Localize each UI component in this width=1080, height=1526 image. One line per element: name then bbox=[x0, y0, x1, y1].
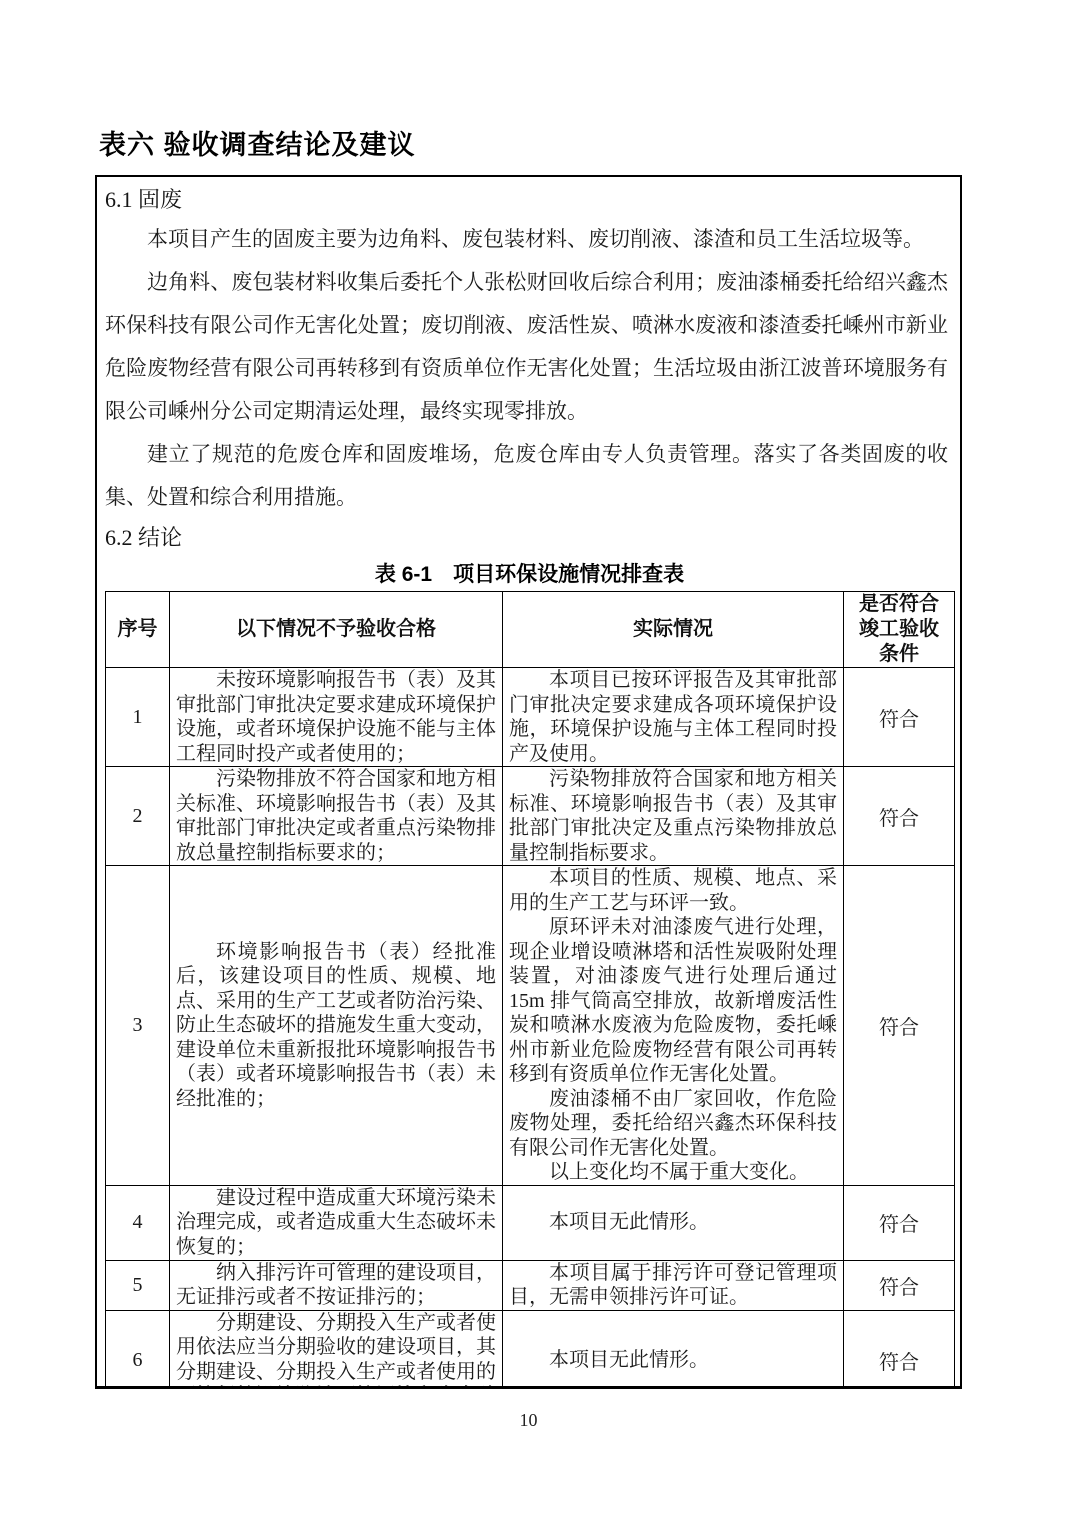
page-number: 10 bbox=[95, 1410, 962, 1431]
paragraph: 本项目属于排污许可登记管理项目，无需申领排污许可证。 bbox=[509, 1261, 837, 1310]
paragraph: 废油漆桶不由厂家回收，作危险废物处理，委托给绍兴鑫杰环保科技有限公司作无害化处置… bbox=[509, 1087, 837, 1161]
paragraph: 以上变化均不属于重大变化。 bbox=[509, 1160, 837, 1185]
table-row: 6 分期建设、分期投入生产或者使用依法应当分期验收的建设项目，其分期建设、分期投… bbox=[106, 1310, 955, 1389]
paragraph: 污染物排放不符合国家和地方相关标准、环境影响报告书（表）及其审批部门审批决定或者… bbox=[176, 767, 496, 865]
condition-cell: 建设过程中造成重大环境污染未治理完成，或者造成重大生态破坏未恢复的； bbox=[170, 1185, 503, 1260]
row-number: 1 bbox=[106, 668, 170, 767]
condition-cell: 未按环境影响报告书（表）及其审批部门审批决定要求建成环境保护设施，或者环境保护设… bbox=[170, 668, 503, 767]
condition-cell: 纳入排污许可管理的建设项目，无证排污或者不按证排污的； bbox=[170, 1260, 503, 1310]
paragraph: 建立了规范的危废仓库和固废堆场，危废仓库由专人负责管理。落实了各类固废的收集、处… bbox=[105, 433, 948, 519]
paragraph: 环境影响报告书（表）经批准后，该建设项目的性质、规模、地点、采用的生产工艺或者防… bbox=[176, 940, 496, 1112]
actual-cell: 本项目属于排污许可登记管理项目，无需申领排污许可证。 bbox=[503, 1260, 844, 1310]
actual-cell: 污染物排放符合国家和地方相关标准、环境影响报告书（表）及其审批部门审批决定及重点… bbox=[503, 767, 844, 866]
paragraph: 未按环境影响报告书（表）及其审批部门审批决定要求建成环境保护设施，或者环境保护设… bbox=[176, 668, 496, 766]
paragraph: 分期建设、分期投入生产或者使用依法应当分期验收的建设项目，其分期建设、分期投入生… bbox=[176, 1311, 496, 1390]
condition-cell: 分期建设、分期投入生产或者使用依法应当分期验收的建设项目，其分期建设、分期投入生… bbox=[170, 1310, 503, 1389]
paragraph: 原环评未对油漆废气进行处理，现企业增设喷淋塔和活性炭吸附处理装置，对油漆废气进行… bbox=[509, 915, 837, 1087]
verdict-cell: 符合 bbox=[844, 1310, 955, 1389]
section-heading-solid-waste: 6.1 固废 bbox=[105, 185, 960, 215]
paragraph: 本项目的性质、规模、地点、采用的生产工艺与环评一致。 bbox=[509, 866, 837, 915]
paragraph: 本项目无此情形。 bbox=[509, 1210, 837, 1235]
solid-waste-paragraphs: 本项目产生的固废主要为边角料、废包装材料、废切削液、漆渣和员工生活垃圾等。边角料… bbox=[105, 218, 948, 519]
row-number: 3 bbox=[106, 866, 170, 1186]
row-number: 5 bbox=[106, 1260, 170, 1310]
condition-cell: 污染物排放不符合国家和地方相关标准、环境影响报告书（表）及其审批部门审批决定或者… bbox=[170, 767, 503, 866]
verdict-cell: 符合 bbox=[844, 767, 955, 866]
page-title: 表六 验收调查结论及建议 bbox=[99, 129, 416, 161]
table-row: 1 未按环境影响报告书（表）及其审批部门审批决定要求建成环境保护设施，或者环境保… bbox=[106, 668, 955, 767]
row-number: 2 bbox=[106, 767, 170, 866]
table-header: 序号 以下情况不予验收合格 实际情况 是否符合竣工验收条件 bbox=[106, 592, 955, 668]
table-caption: 表 6-1 项目环保设施情况排查表 bbox=[105, 561, 954, 589]
document-page: { "page": { "title": "表六 验收调查结论及建议", "pa… bbox=[0, 0, 1080, 1526]
paragraph: 本项目产生的固废主要为边角料、废包装材料、废切削液、漆渣和员工生活垃圾等。 bbox=[105, 218, 948, 261]
section-heading-conclusion: 6.2 结论 bbox=[105, 523, 960, 553]
condition-cell: 环境影响报告书（表）经批准后，该建设项目的性质、规模、地点、采用的生产工艺或者防… bbox=[170, 866, 503, 1186]
row-number: 6 bbox=[106, 1310, 170, 1389]
header-row: 序号 以下情况不予验收合格 实际情况 是否符合竣工验收条件 bbox=[106, 592, 955, 668]
row-number: 4 bbox=[106, 1185, 170, 1260]
header-condition: 以下情况不予验收合格 bbox=[170, 592, 503, 668]
content-box: 6.1 固废 本项目产生的固废主要为边角料、废包装材料、废切削液、漆渣和员工生活… bbox=[95, 175, 962, 1389]
actual-cell: 本项目已按环评报告及其审批部门审批决定要求建成各项环境保护设施，环境保护设施与主… bbox=[503, 668, 844, 767]
table-row: 4 建设过程中造成重大环境污染未治理完成，或者造成重大生态破坏未恢复的； 本项目… bbox=[106, 1185, 955, 1260]
table-row: 2 污染物排放不符合国家和地方相关标准、环境影响报告书（表）及其审批部门审批决定… bbox=[106, 767, 955, 866]
header-actual: 实际情况 bbox=[503, 592, 844, 668]
paragraph: 建设过程中造成重大环境污染未治理完成，或者造成重大生态破坏未恢复的； bbox=[176, 1186, 496, 1260]
header-no: 序号 bbox=[106, 592, 170, 668]
paragraph: 纳入排污许可管理的建设项目，无证排污或者不按证排污的； bbox=[176, 1261, 496, 1310]
inspection-checklist-table: 序号 以下情况不予验收合格 实际情况 是否符合竣工验收条件 1 未按环境影响报告… bbox=[105, 591, 955, 1389]
table-row: 3 环境影响报告书（表）经批准后，该建设项目的性质、规模、地点、采用的生产工艺或… bbox=[106, 866, 955, 1186]
paragraph: 本项目已按环评报告及其审批部门审批决定要求建成各项环境保护设施，环境保护设施与主… bbox=[509, 668, 837, 766]
paragraph: 本项目无此情形。 bbox=[509, 1348, 837, 1373]
actual-cell: 本项目无此情形。 bbox=[503, 1310, 844, 1389]
verdict-cell: 符合 bbox=[844, 866, 955, 1186]
actual-cell: 本项目的性质、规模、地点、采用的生产工艺与环评一致。原环评未对油漆废气进行处理，… bbox=[503, 866, 844, 1186]
table-row: 5 纳入排污许可管理的建设项目，无证排污或者不按证排污的； 本项目属于排污许可登… bbox=[106, 1260, 955, 1310]
verdict-cell: 符合 bbox=[844, 1185, 955, 1260]
verdict-cell: 符合 bbox=[844, 1260, 955, 1310]
verdict-cell: 符合 bbox=[844, 668, 955, 767]
actual-cell: 本项目无此情形。 bbox=[503, 1185, 844, 1260]
paragraph: 污染物排放符合国家和地方相关标准、环境影响报告书（表）及其审批部门审批决定及重点… bbox=[509, 767, 837, 865]
header-verdict: 是否符合竣工验收条件 bbox=[844, 592, 955, 668]
paragraph: 边角料、废包装材料收集后委托个人张松财回收后综合利用；废油漆桶委托给绍兴鑫杰环保… bbox=[105, 261, 948, 433]
